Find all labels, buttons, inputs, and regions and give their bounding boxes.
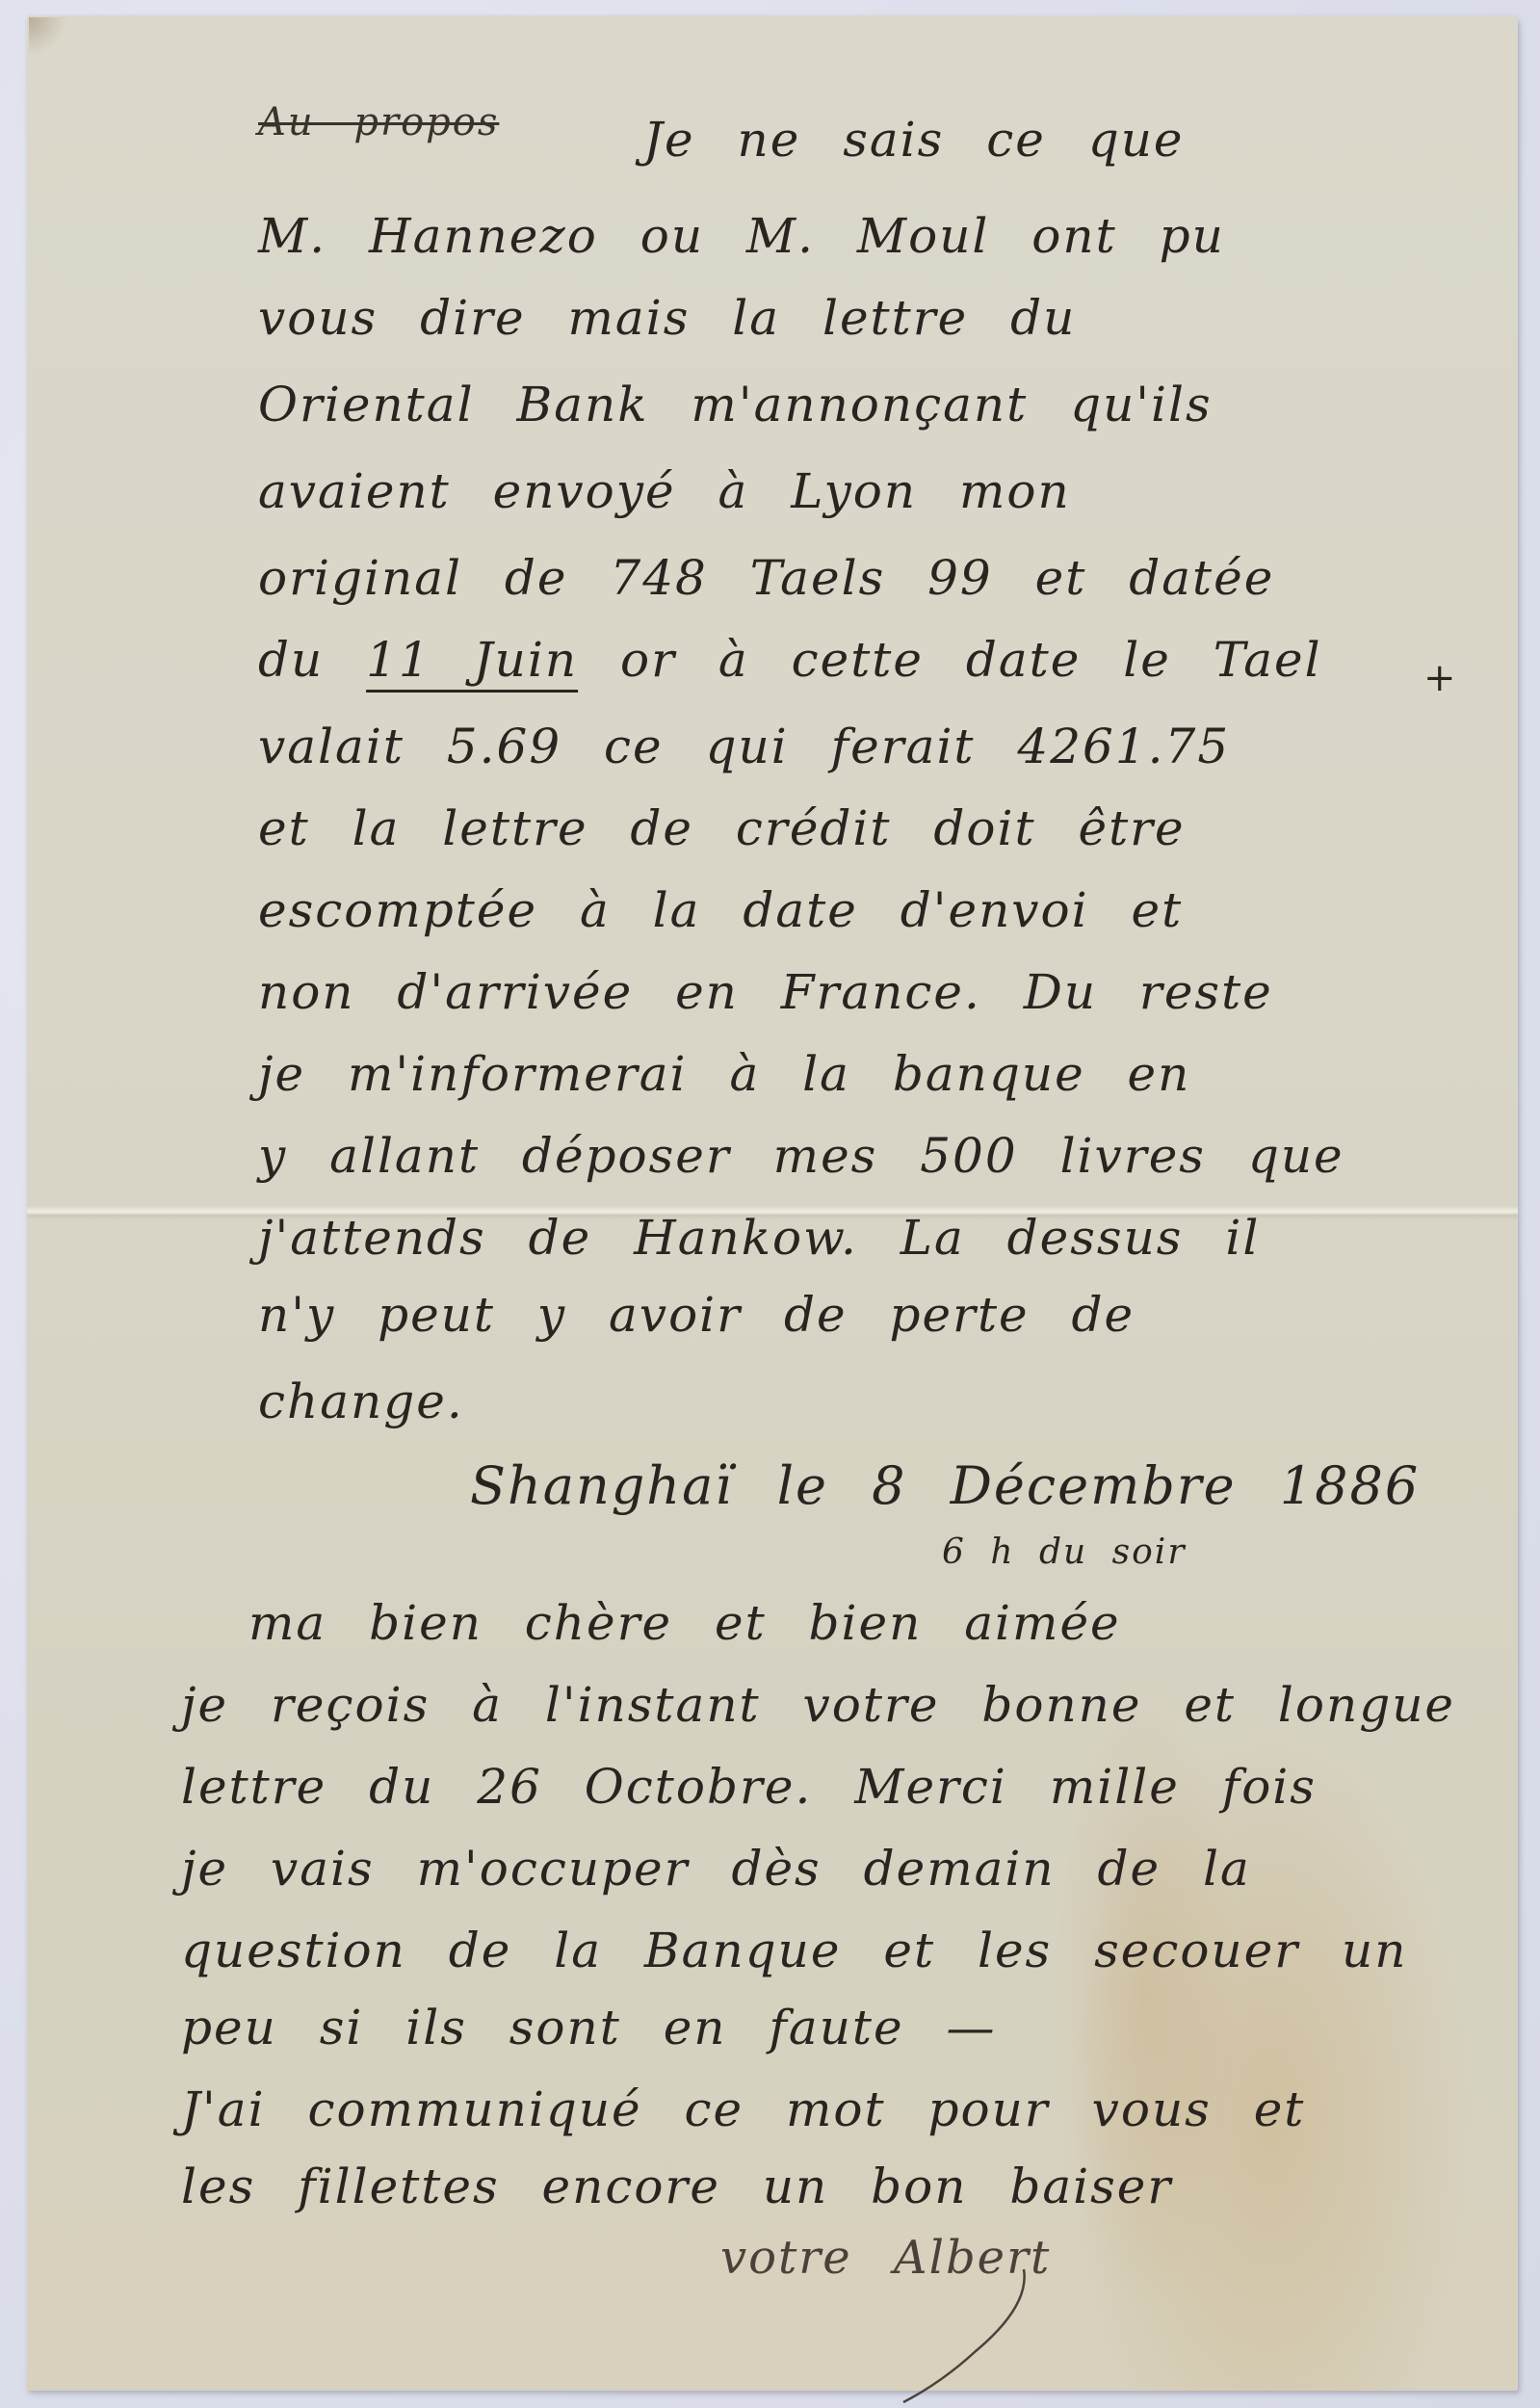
letter-line-6: J'ai communiqué ce mot pour vous et (181, 2081, 1305, 2137)
ps-line-4: Oriental Bank m'annonçant qu'ils (258, 377, 1213, 432)
letter-line-2: lettre du 26 Octobre. Merci mille fois (181, 1759, 1317, 1815)
letter-sheet: Au propos Je ne sais ce que M. Hannezo o… (27, 15, 1518, 2391)
ps-line-13: y allant déposer mes 500 livres que (258, 1128, 1344, 1184)
ps-line-1: Je ne sais ce que (643, 112, 1185, 168)
signature-block: votre Albert (720, 2231, 1051, 2285)
ps-line-10: escomptée à la date d'envoi et (258, 882, 1183, 938)
ps-line-7-prefix: du (258, 632, 324, 688)
struck-out-phrase: Au propos (258, 100, 499, 144)
ps-line-3: vous dire mais la lettre du (258, 290, 1076, 346)
ps-line-7: du 11 Juin or à cette date le Tael (258, 632, 1322, 688)
ps-line-8: valait 5.69 ce qui ferait 4261.75 (258, 719, 1230, 774)
ps-line-11: non d'arrivée en France. Du reste (258, 964, 1273, 1020)
letter-line-7: les fillettes encore un bon baiser (181, 2159, 1172, 2214)
ps-line-7-rest: or à cette date le Tael (620, 632, 1322, 688)
letter-body: Au propos Je ne sais ce que M. Hannezo o… (27, 15, 1518, 2391)
ps-line-9: et la lettre de crédit doit être (258, 800, 1186, 856)
ps-line-5: avaient envoyé à Lyon mon (258, 463, 1071, 519)
underlined-date: 11 Juin (366, 632, 578, 688)
time-of-writing: 6 h du soir (942, 1532, 1187, 1572)
plus-mark: + (1423, 656, 1456, 700)
signature: Albert (894, 2231, 1051, 2285)
ps-line-2: M. Hannezo ou M. Moul ont pu (258, 208, 1225, 264)
ps-line-16: change. (258, 1374, 464, 1429)
closing: votre (720, 2231, 852, 2285)
ps-line-15: n'y peut y avoir de perte de (258, 1287, 1135, 1343)
place-and-date: Shanghaï le 8 Décembre 1886 (470, 1455, 1420, 1516)
ps-line-6: original de 748 Taels 99 et datée (258, 550, 1274, 606)
letter-line-5: peu si ils sont en faute — (181, 2000, 997, 2055)
ps-line-14: j'attends de Hankow. La dessus il (258, 1210, 1260, 1266)
letter-line-1: je reçois à l'instant votre bonne et lon… (181, 1677, 1455, 1733)
letter-line-3: je vais m'occuper dès demain de la (181, 1841, 1251, 1897)
letter-line-4: question de la Banque et les secouer un (181, 1923, 1407, 1978)
ps-line-12: je m'informerai à la banque en (258, 1046, 1190, 1102)
salutation: ma bien chère et bien aimée (248, 1595, 1121, 1651)
